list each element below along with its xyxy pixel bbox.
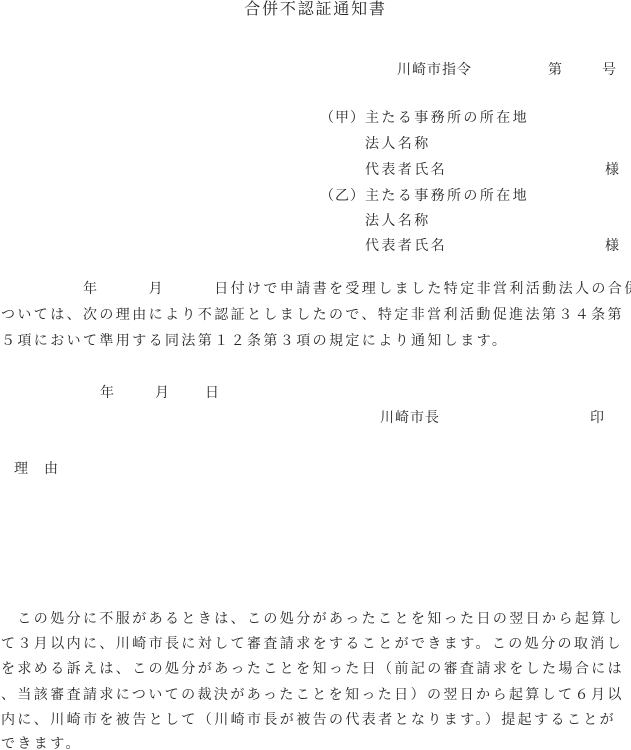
reason-label: 理 由 bbox=[14, 463, 59, 477]
body-line: ５項において準用する同法第１２条第３項の規定により通知します。 bbox=[1, 335, 508, 349]
signer-name: 川崎市長 bbox=[380, 412, 440, 426]
recipient-ko-honorific: 様 bbox=[605, 164, 620, 178]
date-month-label: 月 bbox=[155, 387, 170, 401]
recipient-otsu-paren: （乙） bbox=[320, 190, 365, 204]
directive-number-dai: 第 bbox=[548, 64, 563, 78]
appeal-line: て３月以内に、川崎市長に対して審査請求をすることができます。この処分の取消し bbox=[1, 638, 623, 652]
date-year-label: 年 bbox=[100, 387, 115, 401]
recipient-otsu-corp-label: 法人名称 bbox=[365, 215, 431, 229]
appeal-line: を求める訴えは、この処分があったことを知った日（前記の審査請求をした場合には bbox=[1, 663, 624, 677]
recipient-ko-rep-label: 代表者氏名 bbox=[365, 164, 447, 178]
directive-number-go: 号 bbox=[602, 64, 617, 78]
body-line: ついては、次の理由により不認証としましたので、特定非営利活動促進法第３４条第 bbox=[1, 309, 624, 323]
recipient-otsu-honorific: 様 bbox=[605, 240, 620, 254]
recipient-ko-paren: （甲） bbox=[320, 112, 365, 126]
document-page: 合併不認証通知書 川崎市指令 第 号 （甲） 主たる事務所の所在地 法人名称 代… bbox=[0, 0, 631, 750]
seal-mark: 印 bbox=[590, 412, 605, 426]
document-title: 合併不認証通知書 bbox=[0, 2, 631, 18]
recipient-ko-office-label: 主たる事務所の所在地 bbox=[365, 112, 529, 126]
appeal-line: できます。 bbox=[1, 738, 82, 750]
appeal-line: この処分に不服があるときは、この処分があったことを知った日の翌日から起算し bbox=[1, 613, 624, 627]
recipient-otsu-office-label: 主たる事務所の所在地 bbox=[365, 190, 529, 204]
date-day-label: 日 bbox=[205, 387, 220, 401]
appeal-line: 、当該審査請求についての裁決があったことを知った日）の翌日から起算して６月以 bbox=[1, 689, 624, 703]
recipient-otsu-rep-label: 代表者氏名 bbox=[365, 240, 447, 254]
body-line: 年 月 日付けで申請書を受理しました特定非営利活動法人の合併に bbox=[1, 283, 631, 297]
directive-authority: 川崎市指令 bbox=[397, 64, 472, 78]
recipient-ko-corp-label: 法人名称 bbox=[365, 138, 431, 152]
appeal-line: 内に、川崎市を被告として（川崎市長が被告の代表者となります。）提起することが bbox=[1, 714, 616, 728]
